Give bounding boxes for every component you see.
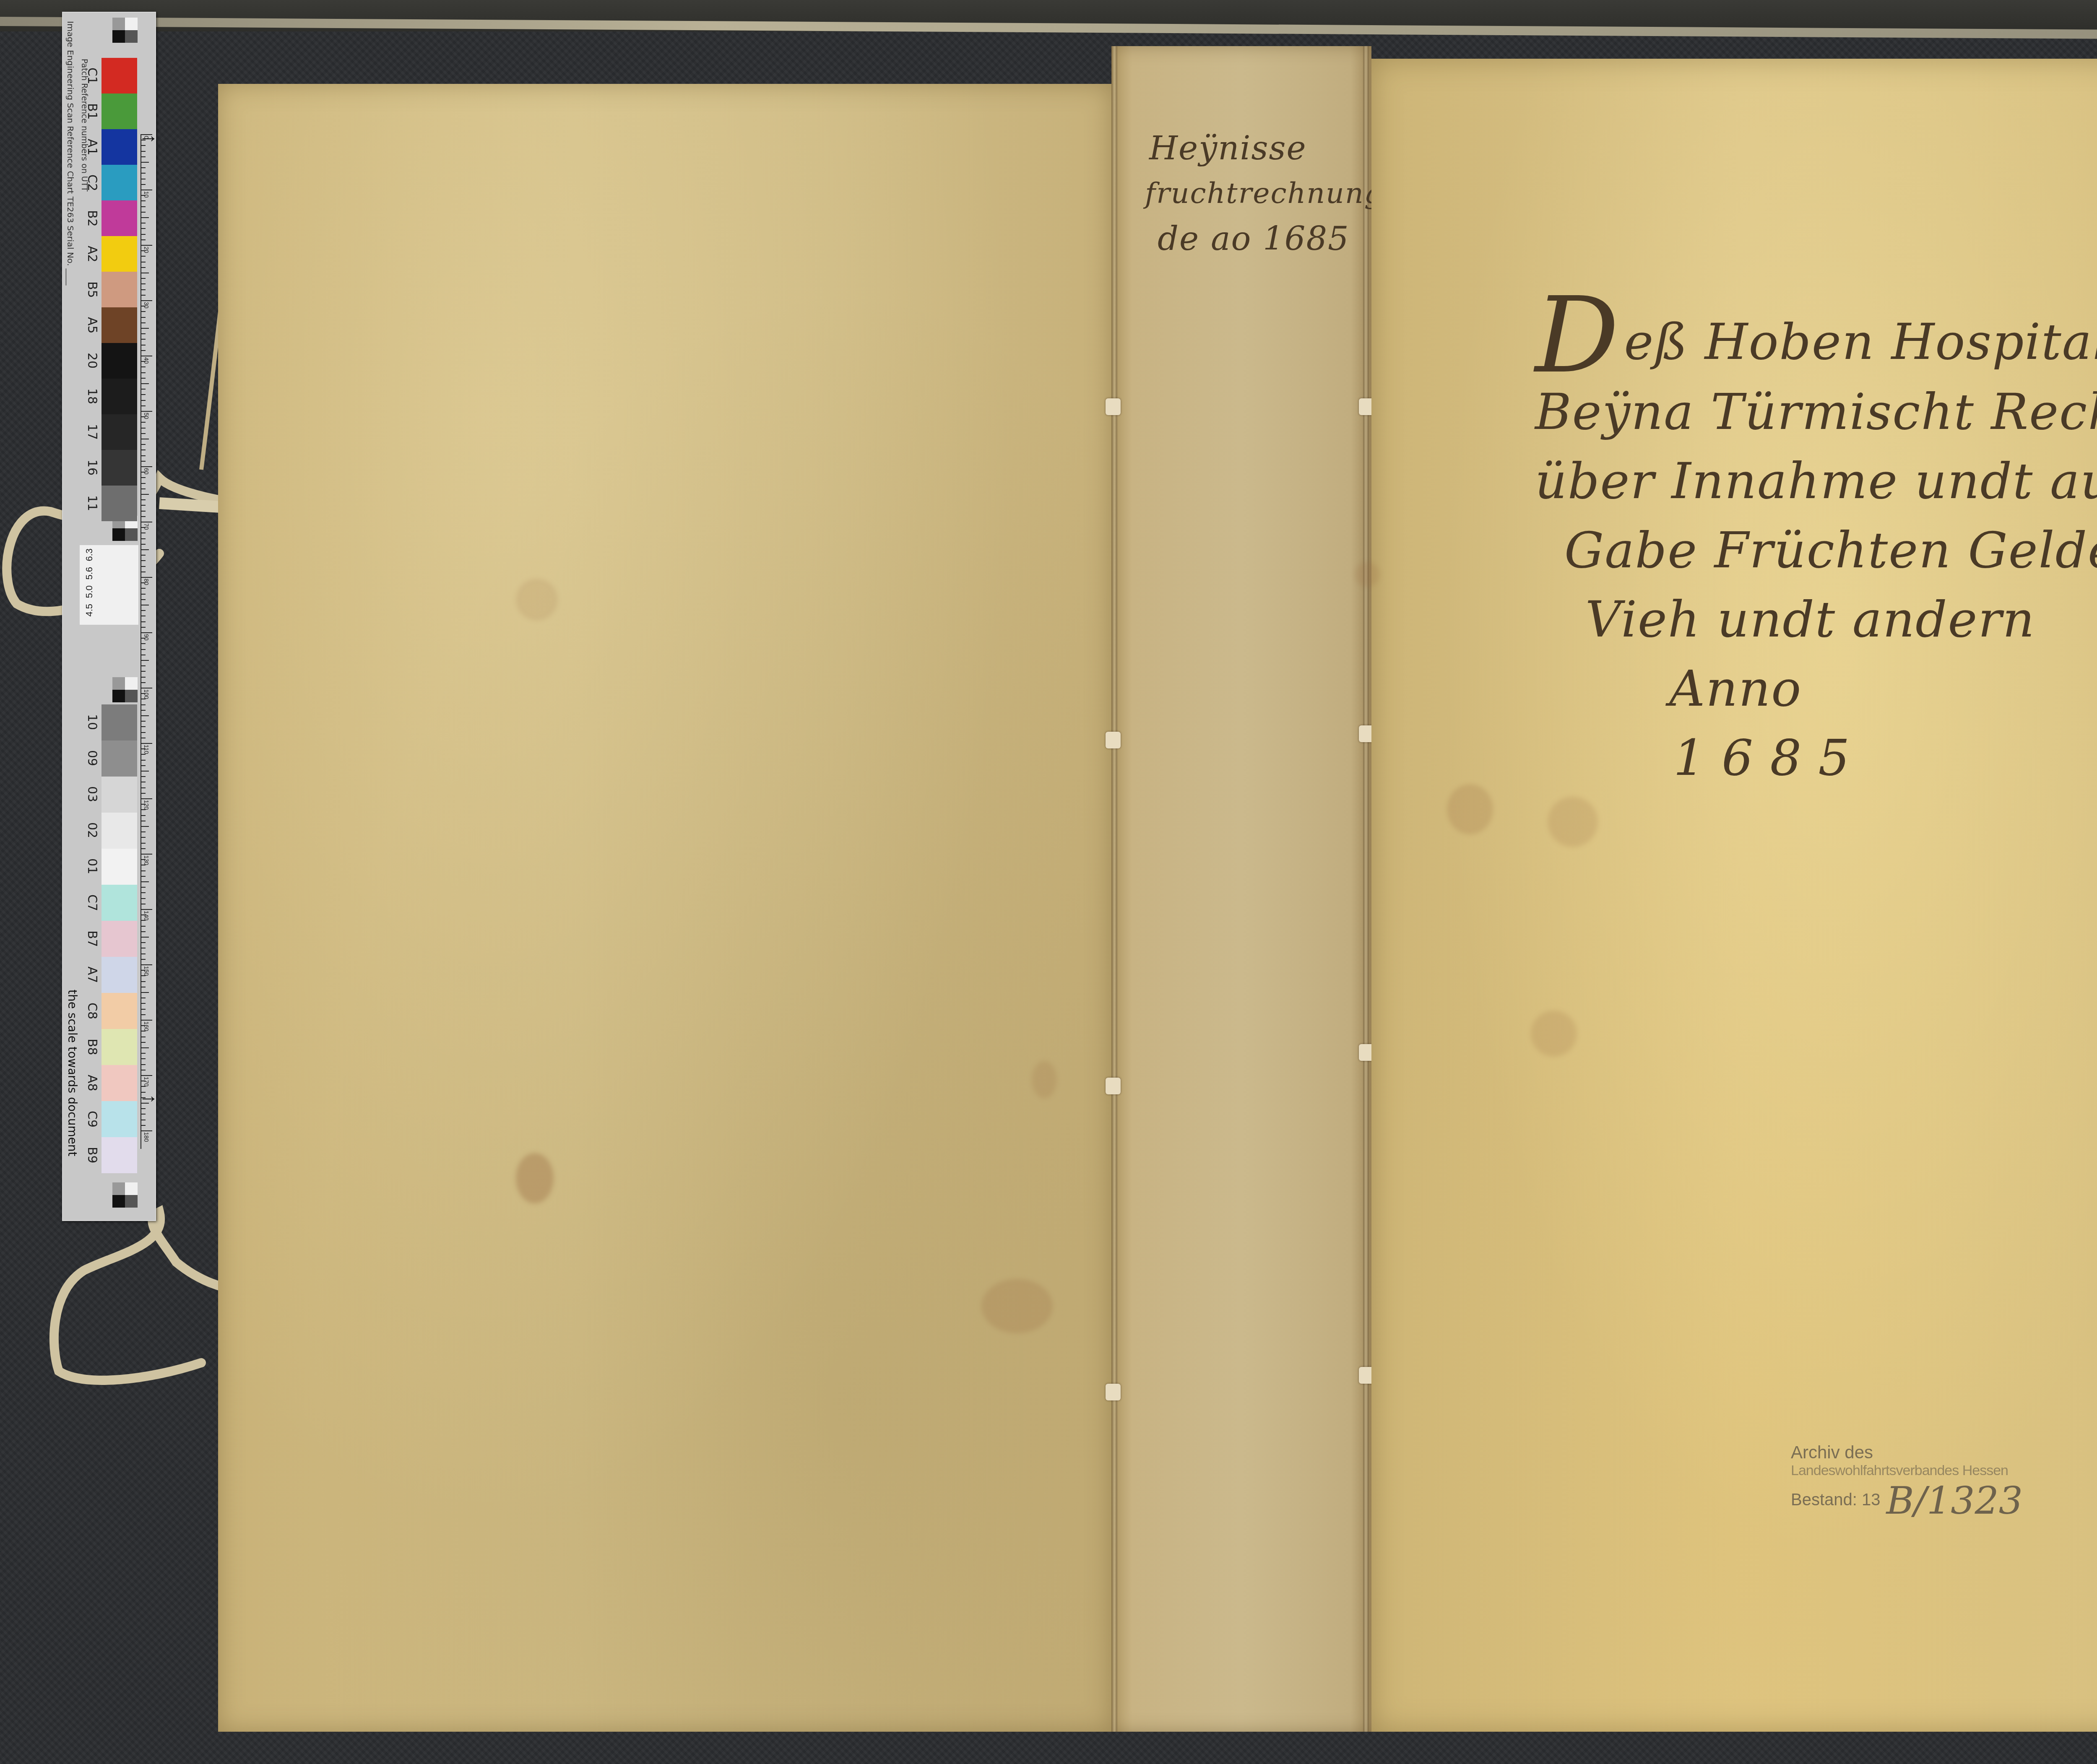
ruler-tick [141,821,146,821]
ruler-tick [141,273,149,273]
resolution-card: 6.3 5.6 5.0 4.5 [80,545,138,625]
spine-line: fruchtrechnung [1145,171,1383,216]
patch-label: B2 [85,210,99,227]
ruler-tick [141,732,146,733]
title-line-5: Vieh undt andern [1535,585,2097,654]
ruler-tick [141,356,152,356]
open-volume: Heÿnisse fruchtrechnung de ao 1685 Deß H… [0,0,2097,1764]
ruler-tick [141,621,146,622]
ruler-tick [141,433,146,434]
spine-groove-right [1363,46,1369,1732]
ruler-tick [141,511,146,512]
ruler-tick [141,892,146,893]
ruler-tick [141,599,146,600]
ruler-tick [141,826,149,827]
ruler-tick [141,926,146,927]
stamp-line-2: Landeswohlfahrtsverbandes Hessen [1791,1463,2023,1479]
stain [1355,562,1380,587]
gray-target [112,1182,138,1208]
ruler-tick [141,488,146,489]
ruler-tick [141,449,146,450]
ruler-tick [141,904,146,904]
ruler-tick [141,998,146,998]
ruler-tick [141,987,146,987]
ruler-tick [141,771,149,772]
stitch [1106,1078,1121,1094]
ruler-tick [141,378,146,379]
ruler-label: 180 [143,1132,150,1142]
ruler-tick [141,1014,146,1015]
ruler-tick [141,522,152,522]
patch-label: 20 [85,353,99,369]
ruler-tick [141,887,146,888]
patch-label: C9 [85,1111,99,1128]
stamp-line-3: Bestand: 13B/1323 [1791,1479,2023,1523]
color-patch [101,236,137,272]
ruler-tick [141,151,146,152]
ruler-tick [141,1075,152,1076]
ruler-tick [141,1058,146,1059]
ruler-tick [141,710,146,711]
color-patch [101,921,137,957]
ruler-tick [141,1130,152,1131]
ruler-tick [141,212,146,213]
ruler-tick [141,1070,146,1070]
spine [1111,46,1371,1732]
color-patch [101,272,137,307]
ruler-tick [141,477,146,478]
ruler-tick [141,1020,152,1021]
ruler-label: 120 [143,800,150,810]
ruler-label: 110 [143,745,150,754]
spine-line: Heÿnisse [1149,126,1383,171]
color-patch [101,165,137,200]
ruler-tick [141,283,146,284]
resolution-mark: 5.6 [84,567,95,580]
ruler-tick [141,760,146,761]
chart-footer-text: the scale towards document [65,990,79,1156]
ruler-tick [141,594,146,595]
ruler-tick [141,245,152,246]
ruler-tick [141,953,146,954]
ruler-tick [141,627,146,628]
ruler-tick [141,665,146,666]
ruler-tick [141,566,146,567]
mm-ruler: 0102030405060708090100110120130140150160… [140,134,154,1149]
color-patch [101,1029,137,1065]
color-patch [101,777,137,813]
patch-label: B1 [85,103,99,120]
ruler-label: 30 [143,302,150,309]
ruler-tick [141,1064,146,1065]
ruler-tick [141,405,146,406]
title-line-1: Deß Hoben Hospitahls [1535,294,2097,377]
ruler-tick [141,682,146,683]
color-patch [101,957,137,993]
patch-label: A5 [85,317,99,334]
ruler-tick [141,721,146,722]
ruler-tick [141,660,149,661]
title-anno: Anno [1535,654,2097,723]
patch-label: A7 [85,966,99,983]
ruler-tick [141,483,146,484]
ruler-tick [141,167,146,168]
arrow-right-icon: → [138,1086,159,1106]
ruler-tick [141,1108,146,1109]
patch-strip-bottom [101,704,137,1173]
ruler-tick [141,909,152,910]
ruler-label: 150 [143,966,150,976]
ruler-tick [141,494,149,495]
patch-label: 18 [85,388,99,404]
ruler-tick [141,649,146,650]
stain [516,1153,554,1203]
patch-label: C1 [85,68,99,84]
ruler-tick [141,937,149,938]
scan-reference-chart: Image Engineering Scan Reference Chart T… [62,12,156,1221]
ruler-tick [141,793,146,794]
ruler-label: 140 [143,911,150,920]
color-patch [101,885,137,921]
ruler-tick [141,339,146,340]
ruler-tick [141,876,146,877]
ruler-tick [141,931,146,932]
ruler-tick [141,295,146,296]
ruler-tick [141,234,146,235]
patch-label: 10 [85,714,99,730]
color-patch [101,813,137,849]
ruler-tick [141,345,146,346]
patch-label: 11 [85,495,99,511]
ruler-tick [141,942,146,943]
spine-groove-left [1111,46,1117,1732]
ruler-tick [141,1003,146,1004]
ruler-tick [141,389,146,390]
color-patch [101,849,137,885]
color-patch [101,129,137,165]
patch-label: B9 [85,1147,99,1164]
color-patch [101,94,137,129]
ruler-tick [141,881,149,882]
ruler-tick [141,173,146,174]
ruler-tick [141,688,152,688]
color-patch [101,1137,137,1173]
ruler-tick [141,677,146,678]
color-patch [101,704,137,740]
ruler-tick [141,815,146,816]
ruler-tick [141,610,146,611]
patch-label: C8 [85,1003,99,1019]
ruler-tick [141,831,146,832]
ruler-tick [141,898,146,899]
ruler-tick [141,671,146,672]
patch-label: 17 [85,424,99,440]
ruler-tick [141,1037,146,1037]
color-patch [101,414,137,450]
color-patch [101,200,137,236]
title-line-4: Gabe Früchten Gelder, [1535,516,2097,585]
resolution-mark: 4.5 [84,604,95,617]
ruler-tick [141,439,149,439]
ruler-tick [141,422,146,423]
ruler-tick [141,1120,146,1120]
ruler-tick [141,798,152,799]
color-patch [101,1101,137,1137]
stain [981,1279,1053,1333]
patch-label: 09 [85,750,99,766]
ruler-tick [141,981,146,982]
shelfmark-signature: B/1323 [1886,1479,2023,1523]
ruler-label: 50 [143,413,150,419]
patch-label: B8 [85,1039,99,1055]
arrow-right-icon: → [138,126,159,146]
ruler-label: 40 [143,357,150,364]
ruler-label: 70 [143,523,150,530]
color-patch [101,450,137,486]
title-year: 1685 [1535,723,2097,792]
ruler-tick [141,588,146,589]
ruler-tick [141,959,146,960]
patch-label: A1 [85,139,99,156]
ruler-tick [141,256,146,257]
stain [516,579,558,621]
ruler-tick [141,466,152,467]
ruler-tick [141,516,146,517]
ruler-tick [141,400,146,401]
ruler-tick [141,206,146,207]
ruler-tick [141,533,146,533]
ruler-tick [141,267,146,268]
ruler-tick [141,372,146,373]
ruler-tick [141,311,146,312]
patch-label: 02 [85,822,99,838]
stitch [1106,1384,1121,1400]
archive-stamp: Archiv des Landeswohlfahrtsverbandes Hes… [1791,1442,2023,1523]
ruler-tick [141,278,146,279]
ruler-tick [141,715,149,716]
title-line-2: Beÿna Türmischt Rechnung [1535,377,2097,447]
ruler-tick [141,655,146,655]
color-patch [101,740,137,777]
ruler-label: 80 [143,579,150,585]
ruler-tick [141,848,146,849]
ruler-tick [141,704,146,705]
ruler-tick [141,577,152,578]
ruler-tick [141,743,152,744]
ruler-tick [141,549,149,550]
ruler-tick [141,870,146,871]
ruler-tick [141,428,146,429]
ruler-label: 160 [143,1021,150,1031]
ruler-tick [141,560,146,561]
ruler-tick [141,843,146,844]
ruler-tick [141,179,146,179]
ruler-tick [141,461,146,462]
chart-manufacturer-text: Image Engineering Scan Reference Chart T… [65,21,75,286]
stitch [1106,732,1121,748]
color-patch [101,307,137,343]
back-cover [218,84,1111,1732]
ruler-tick [141,190,152,190]
spine-line: de ao 1685 [1158,216,1383,262]
ruler-tick [141,948,146,948]
color-patch [101,343,137,379]
cover-title: Deß Hoben Hospitahls Beÿna Türmischt Rec… [1535,294,2097,792]
spine-label: Heÿnisse fruchtrechnung de ao 1685 [1149,126,1383,262]
ruler-tick [141,289,146,290]
ruler-label: 10 [143,191,150,198]
ruler-tick [141,765,146,766]
ruler-tick [141,394,146,395]
patch-label: A8 [85,1075,99,1091]
ruler-tick [141,300,152,301]
ruler-tick [141,455,146,456]
ruler-tick [141,1114,146,1115]
color-patch [101,1065,137,1101]
ruler-tick [141,239,146,240]
ruler-tick [141,228,146,229]
ruler-tick [141,411,152,412]
ruler-tick [141,544,146,545]
ruler-tick [141,572,146,572]
ruler-tick [141,217,149,218]
stain [1447,784,1493,834]
ruler-label: 130 [143,855,150,865]
resolution-mark: 6.3 [84,548,95,561]
ruler-tick [141,328,149,329]
resolution-mark: 5.0 [84,585,95,598]
patch-label: B5 [85,281,99,298]
stitch [1106,398,1121,415]
ruler-tick [141,1125,146,1126]
patch-label: 16 [85,460,99,475]
stain [1531,1011,1577,1057]
color-patch [101,379,137,414]
patch-strip-top [101,58,137,521]
ruler-tick [141,499,146,500]
stain [1032,1061,1057,1099]
ruler-tick [141,200,146,201]
ruler-tick [141,322,146,323]
ruler-tick [141,964,152,965]
color-patch [101,993,137,1029]
patch-label: 03 [85,786,99,802]
ruler-tick [141,333,146,334]
ruler-tick [141,738,146,738]
ruler-tick [141,782,146,782]
ruler-label: 90 [143,634,150,641]
ruler-tick [141,223,146,223]
ruler-label: 100 [143,689,150,699]
ruler-label: 20 [143,247,150,253]
ruler-tick [141,317,146,318]
ruler-tick [141,184,146,185]
stain [1548,797,1598,847]
ruler-tick [141,366,146,367]
patch-label: A2 [85,246,99,262]
ruler-tick [141,632,152,633]
ruler-tick [141,538,146,539]
patch-label: C2 [85,174,99,191]
ruler-label: 60 [143,468,150,475]
ruler-tick [141,1053,146,1054]
patch-label: 01 [85,858,99,874]
ruler-tick [141,262,146,262]
color-patch [101,486,137,521]
ruler-tick [141,156,146,157]
color-patch [101,58,137,94]
patch-label: C7 [85,894,99,911]
ruler-tick [141,162,149,163]
ruler-tick [141,992,149,993]
ruler-tick [141,776,146,777]
ruler-tick [141,1042,146,1043]
ruler-tick [141,505,146,506]
ruler-tick [141,754,146,755]
gray-target [112,677,138,702]
ruler-tick [141,350,146,351]
gray-target [112,18,138,43]
ruler-tick [141,787,146,788]
ruler-tick [141,444,146,445]
ruler-tick [141,726,146,727]
ruler-tick [141,643,146,644]
ruler-tick [141,605,149,605]
ruler-tick [141,1047,149,1048]
ruler-tick [141,555,146,556]
patch-label: B7 [85,930,99,947]
ruler-tick [141,616,146,616]
stamp-line-1: Archiv des [1791,1442,2023,1463]
ruler-tick [141,383,149,384]
ruler-tick [141,854,152,855]
ruler-tick [141,1009,146,1010]
ruler-tick [141,837,146,838]
title-line-3: über Innahme undt aus [1535,447,2097,516]
